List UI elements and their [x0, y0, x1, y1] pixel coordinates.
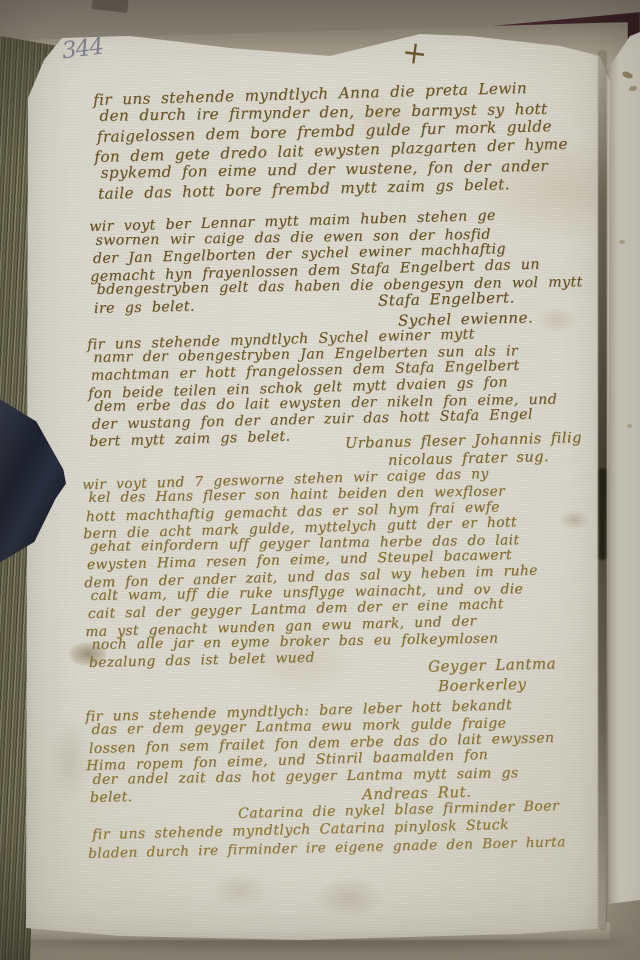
entry-block-4: wir voyt und 7 gesworne stehen wir caige… [84, 465, 604, 671]
book-page: 344 + fir uns stehende myndtlych Anna di… [0, 0, 640, 960]
entry-block-5: fir uns stehende myndtlych: bare leber h… [87, 697, 599, 806]
entry-block-3: fir uns stehende myndtlych Sychel ewiner… [89, 325, 601, 449]
cross-mark: + [400, 34, 429, 74]
gutter-crease-blotch [599, 468, 606, 560]
signature-line: Stafa Engelbert. [378, 288, 515, 309]
entry-block-1: fir uns stehende myndtlych Anna die pret… [95, 79, 599, 203]
folio-number: 344 [61, 34, 105, 65]
ink-speck [627, 424, 632, 428]
signature-line: Boerkerley [438, 675, 527, 695]
table-debris-mark [91, 0, 128, 13]
ink-speck [619, 240, 625, 244]
signature-line: Geyger Lantma [428, 654, 556, 675]
manuscript-photo: 344 + fir uns stehende myndtlych Anna di… [0, 0, 640, 960]
entry-block-2: wir voyt ber Lennar mytt maim huben steh… [91, 207, 599, 317]
